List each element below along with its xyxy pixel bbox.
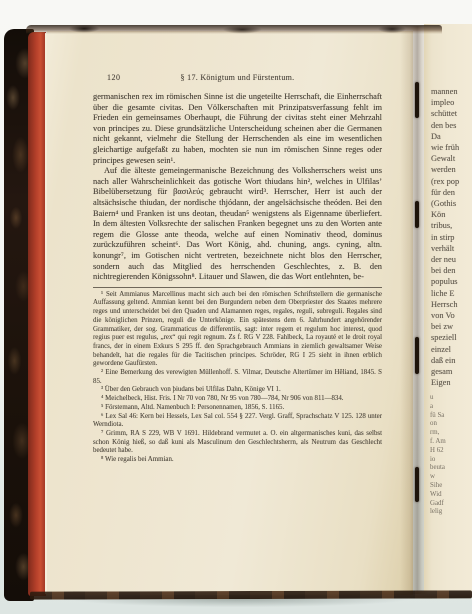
footnote-fragment: io: [430, 456, 446, 465]
text-fragment: tribus,: [431, 220, 459, 231]
footnote: ⁷ Grimm, RA S 229, WB V 1691. Hildebrand…: [93, 430, 382, 456]
text-fragment: werden: [431, 164, 459, 175]
footnote: ³ Über den Gebrauch von þiudans bei Ulfi…: [93, 386, 382, 395]
book-bottom-edge: [30, 590, 472, 599]
book-photo: 120 § 17. Königtum und Fürstentum. germa…: [0, 0, 472, 614]
text-fragment: Eigen: [431, 377, 459, 388]
text-fragment: für den: [431, 187, 459, 198]
running-head: § 17. Königtum und Fürstentum.: [93, 73, 382, 82]
text-fragment: speziell: [431, 332, 459, 343]
binding-mark: [415, 467, 419, 502]
footnote: ¹ Seit Ammianus Marcellinus macht sich a…: [93, 291, 382, 369]
text-fragment: populus: [431, 276, 459, 287]
footnote: ⁶ Lex Sal 46: Kern bei Hessels, Lex Sal …: [93, 413, 382, 430]
footnote-fragment: lelig: [430, 508, 446, 517]
text-fragment: verhält: [431, 243, 459, 254]
book-top-edge: [26, 25, 442, 34]
footnote-fragment: Sihe: [430, 482, 446, 491]
footnote-fragment: u: [430, 394, 446, 403]
facing-page-footnote-fragments: uafü Saonrm,f. AmH 62iobeutawSiheWidGadf…: [430, 394, 446, 517]
body-text: germanischen rex im römischen Sinne ist …: [93, 92, 382, 283]
binding-mark: [415, 337, 419, 374]
text-fragment: Kön: [431, 209, 459, 220]
left-page: 120 § 17. Königtum und Fürstentum. germa…: [47, 31, 413, 595]
text-fragment: bei zw: [431, 321, 459, 332]
text-fragment: mannen: [431, 86, 459, 97]
text-fragment: liche E: [431, 288, 459, 299]
facing-page-text-fragments: mannenimpleoschüttetden besDawie frühGew…: [431, 86, 459, 388]
page-number: 120: [107, 73, 121, 82]
facing-page-sliver: mannenimpleoschüttetden besDawie frühGew…: [424, 24, 472, 591]
text-fragment: der neu: [431, 254, 459, 265]
footnote-fragment: on: [430, 420, 446, 429]
footnote-rule: [93, 287, 382, 288]
text-fragment: daß ein: [431, 355, 459, 366]
footnote-fragment: Gadf: [430, 500, 446, 509]
footnote-fragment: H 62: [430, 447, 446, 456]
footnote-fragment: fü Sa: [430, 412, 446, 421]
page-header: 120 § 17. Königtum und Fürstentum.: [93, 73, 382, 84]
text-fragment: Da: [431, 131, 459, 142]
footnote-fragment: beuta: [430, 464, 446, 473]
footnote-fragment: Wid: [430, 491, 446, 500]
text-fragment: in stirp: [431, 232, 459, 243]
text-fragment: (rex pop: [431, 176, 459, 187]
binding-mark: [415, 201, 419, 228]
text-fragment: schüttet: [431, 108, 459, 119]
footnotes: ¹ Seit Ammianus Marcellinus macht sich a…: [93, 291, 382, 465]
text-fragment: (Gothis: [431, 198, 459, 209]
text-fragment: von Vo: [431, 310, 459, 321]
paragraph: Auf die älteste gemeingermanische Bezeic…: [93, 166, 382, 283]
text-fragment: impleo: [431, 97, 459, 108]
paragraph-continuation: germanischen rex im römischen Sinne ist …: [93, 92, 382, 166]
text-fragment: einzel: [431, 344, 459, 355]
footnote-fragment: a: [430, 403, 446, 412]
text-fragment: Herrsch: [431, 299, 459, 310]
footnote: ² Eine Bemerkung des verewigten Müllenho…: [93, 369, 382, 386]
text-fragment: Gewalt: [431, 153, 459, 164]
text-fragment: wie früh: [431, 142, 459, 153]
text-fragment: den bes: [431, 120, 459, 131]
footnote-fragment: f. Am: [430, 438, 446, 447]
footnote-fragment: w: [430, 473, 446, 482]
footnote-fragment: rm,: [430, 429, 446, 438]
text-fragment: gesam: [431, 366, 459, 377]
footnote: ⁴ Meichelbeck, Hist. Fris. I Nr 70 von 7…: [93, 395, 382, 404]
page-text-block: 120 § 17. Königtum und Fürstentum. germa…: [93, 73, 382, 465]
binding-mark: [415, 82, 419, 118]
page-fore-edge: [28, 32, 46, 596]
footnote: ⁸ Wie regalis bei Ammian.: [93, 456, 382, 465]
text-fragment: bei den: [431, 265, 459, 276]
footnote: ⁵ Förstemann, Altd. Namenbuch I: Persone…: [93, 404, 382, 413]
